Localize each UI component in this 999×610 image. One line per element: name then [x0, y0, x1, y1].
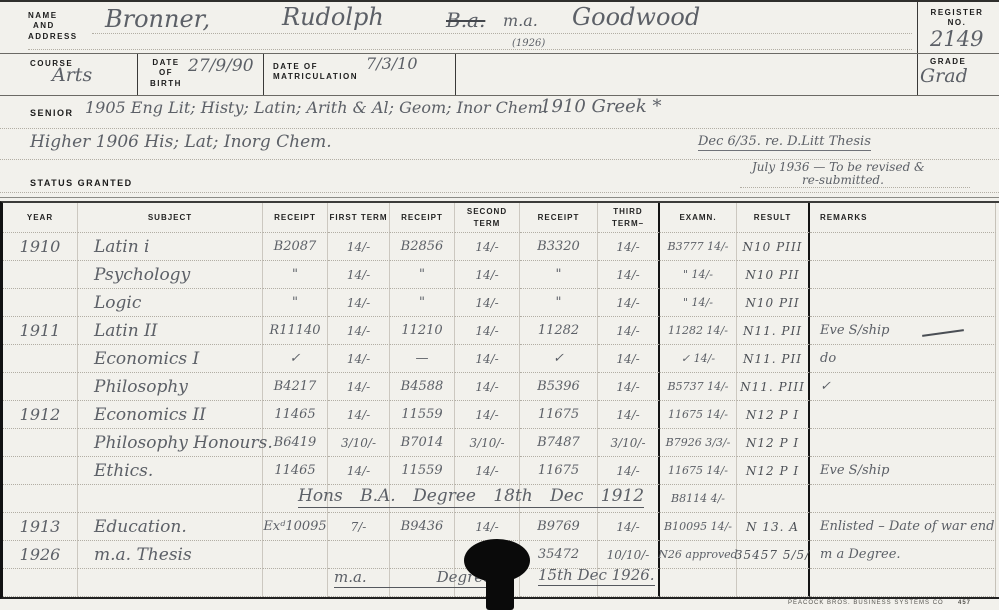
cell-third-term: 14/- [598, 457, 660, 485]
cell-third-term: 14/- [598, 513, 660, 541]
cell-first-term: 14/- [328, 261, 390, 289]
cell-year [3, 261, 78, 289]
course-value: Arts [52, 66, 92, 85]
cell-first-term [328, 541, 390, 569]
cell-year: 1926 [3, 541, 78, 569]
cell-third-term: 14/- [598, 317, 660, 345]
table-row: Logic " 14/- " 14/- " 14/- " 14/- N10 PI… [3, 289, 999, 317]
cell-year: 1912 [3, 401, 78, 429]
name-address-label: Name and Address [28, 11, 78, 42]
col-header-subject: Subject [78, 203, 263, 233]
cell-receipt3: B7487 [520, 429, 598, 457]
cell-second-term: 14/- [455, 261, 520, 289]
matric-label-line1: Date of [273, 62, 358, 72]
cell-receipt1 [263, 541, 328, 569]
col-header-remarks: Remarks [810, 203, 996, 233]
table-row: 1913 Education. Exᵈ10095 7/- B9436 14/- … [3, 513, 999, 541]
cell-first-term: 14/- [328, 401, 390, 429]
cell-receipt1: Exᵈ10095 [263, 513, 328, 541]
cell-year: 1913 [3, 513, 78, 541]
ma-degree-note: m.a. Degree [334, 570, 492, 588]
cell-receipt1 [263, 569, 328, 597]
cell-receipt2: " [390, 261, 455, 289]
grade-box-divider [917, 54, 918, 95]
cell-remarks [810, 261, 996, 289]
cell-year [3, 485, 78, 513]
table-row: Psychology " 14/- " 14/- " 14/- " 14/- N… [3, 261, 999, 289]
ma-degree-date: 15th Dec 1926. [538, 568, 655, 586]
cell-year [3, 457, 78, 485]
matriculation-value: 7/3/10 [366, 56, 418, 72]
cell-third-term: 14/- [598, 233, 660, 261]
cell-second-term: 14/- [455, 317, 520, 345]
cell-subject: Philosophy [78, 373, 263, 401]
cell-year: 1910 [3, 233, 78, 261]
cell-second-term: 14/- [455, 457, 520, 485]
cell-receipt2: 11559 [390, 457, 455, 485]
dotted-rule [0, 192, 999, 193]
cell-first-term: 14/- [328, 373, 390, 401]
printer-imprint: Peacock Bros. Business Systems Co [788, 600, 944, 606]
cell-remarks: Enlisted – Date of war end [810, 513, 996, 541]
student-record-card: Name and Address Bronner, Rudolph B.a. m… [0, 0, 999, 610]
column-divider [263, 54, 264, 95]
cell-remarks: ✓ [810, 373, 996, 401]
table-header-row: Year Subject Receipt First Term Receipt … [3, 203, 999, 233]
name-degree-struck: B.a. [446, 10, 485, 30]
cell-receipt3: B9769 [520, 513, 598, 541]
cell-result [737, 485, 810, 513]
dotted-rule [0, 128, 999, 129]
dlit-revision-note: July 1936 — To be revised & [752, 161, 925, 173]
cell-subject [78, 569, 263, 597]
col-header-examn: Examn. [660, 203, 737, 233]
hons-ba-degree-note: Hons B.A. Degree 18th Dec 1912 [298, 488, 644, 508]
cell-result: N12 P I [737, 429, 810, 457]
dotted-rule [92, 33, 912, 34]
col-header-receipt2: Receipt [390, 203, 455, 233]
dob-value: 27/9/90 [188, 58, 254, 75]
cell-remarks: do [810, 345, 996, 373]
cell-result: N10 PII [737, 289, 810, 317]
col-header-result: Result [737, 203, 810, 233]
cell-receipt1: ✓ [263, 345, 328, 373]
name-given: Rudolph [282, 5, 384, 29]
cell-remarks: Eve S/ship [810, 457, 996, 485]
table-row: 1910 Latin i B2087 14/- B2856 14/- B3320… [3, 233, 999, 261]
cell-examn [660, 569, 737, 597]
cell-remarks [810, 429, 996, 457]
cell-year: 1911 [3, 317, 78, 345]
matriculation-label: Date of Matriculation [273, 62, 358, 83]
cell-second-term: 14/- [455, 373, 520, 401]
cell-third-term: 3/10/- [598, 429, 660, 457]
name-label-line2: and [28, 21, 78, 31]
dlit-thesis-note: Dec 6/35. re. D.Litt Thesis [698, 135, 871, 151]
cell-subject [78, 485, 263, 513]
col-header-receipt3: Receipt [520, 203, 598, 233]
section-rule [0, 53, 999, 54]
senior-greek-note: 1910 Greek * [540, 98, 661, 116]
cell-receipt1: 11465 [263, 401, 328, 429]
table-row: 1911 Latin II R11140 14/- 11210 14/- 112… [3, 317, 999, 345]
cell-remarks [810, 401, 996, 429]
cell-third-term: 14/- [598, 373, 660, 401]
cell-subject: m.a. Thesis [78, 541, 263, 569]
cell-remarks [810, 289, 996, 317]
table-row: Economics I ✓ 14/- — 14/- ✓ 14/- ✓ 14/- … [3, 345, 999, 373]
cell-examn: " 14/- [660, 289, 737, 317]
cell-subject: Logic [78, 289, 263, 317]
cell-result: N12 P I [737, 457, 810, 485]
cell-second-term: 14/- [455, 289, 520, 317]
table-row: Ethics. 11465 14/- 11559 14/- 11675 14/-… [3, 457, 999, 485]
cell-result: N11. PII [737, 317, 810, 345]
cell-examn: B10095 14/- [660, 513, 737, 541]
cell-second-term: 14/- [455, 401, 520, 429]
grade-value: Grad [920, 67, 968, 86]
cell-first-term: 14/- [328, 289, 390, 317]
cell-third-term: 14/- [598, 345, 660, 373]
cell-subject: Education. [78, 513, 263, 541]
cell-first-term: 14/- [328, 457, 390, 485]
cell-subject: Psychology [78, 261, 263, 289]
name-label-line3: Address [28, 32, 78, 42]
cell-subject: Ethics. [78, 457, 263, 485]
cell-receipt2: — [390, 345, 455, 373]
table-row: 1912 Economics II 11465 14/- 11559 14/- … [3, 401, 999, 429]
cell-receipt3: B3320 [520, 233, 598, 261]
cell-examn: 11675 14/- [660, 457, 737, 485]
cell-year [3, 569, 78, 597]
cell-receipt1: 11465 [263, 457, 328, 485]
senior-label: Senior [30, 108, 74, 120]
cell-examn: 11282 14/- [660, 317, 737, 345]
col-header-receipt1: Receipt [263, 203, 328, 233]
cell-third-term: 14/- [598, 289, 660, 317]
table-row: Philosophy B4217 14/- B4588 14/- B5396 1… [3, 373, 999, 401]
cell-result [737, 569, 810, 597]
dob-label: Date of Birth [146, 58, 186, 89]
cell-second-term: 14/- [455, 345, 520, 373]
cell-receipt1: B2087 [263, 233, 328, 261]
cell-receipt3: 11675 [520, 457, 598, 485]
name-label-line1: Name [28, 11, 78, 21]
cell-receipt3: 11282 [520, 317, 598, 345]
cell-receipt2: 11210 [390, 317, 455, 345]
dotted-rule [28, 49, 912, 50]
table-top-rule [0, 197, 999, 198]
cell-receipt1: " [263, 289, 328, 317]
cell-second-term: 14/- [455, 513, 520, 541]
cell-receipt2: 11559 [390, 401, 455, 429]
cell-examn: 11675 14/- [660, 401, 737, 429]
status-granted-label: Status Granted [30, 178, 133, 190]
cell-third-term: 14/- [598, 261, 660, 289]
cell-receipt3: B5396 [520, 373, 598, 401]
cell-receipt1: B4217 [263, 373, 328, 401]
table-row: Philosophy Honours. B6419 3/10/- B7014 3… [3, 429, 999, 457]
ink-blot-stem [486, 565, 514, 610]
cell-second-term: 14/- [455, 233, 520, 261]
dob-label-line2: of [146, 68, 186, 78]
cell-first-term: 14/- [328, 317, 390, 345]
cell-first-term: 14/- [328, 345, 390, 373]
cell-result: N12 P I [737, 401, 810, 429]
cell-receipt2: B4588 [390, 373, 455, 401]
cell-receipt3: 35472 [520, 541, 598, 569]
cell-examn: B7926 3/3/- [660, 429, 737, 457]
cell-receipt2 [390, 541, 455, 569]
col-header-year: Year [3, 203, 78, 233]
form-number: 457 [958, 600, 971, 606]
cell-first-term: 3/10/- [328, 429, 390, 457]
name-degree-year-note: (1926) [512, 39, 545, 49]
cell-year [3, 289, 78, 317]
cell-second-term: 3/10/- [455, 429, 520, 457]
cell-receipt3: 11675 [520, 401, 598, 429]
cell-first-term: 14/- [328, 233, 390, 261]
cell-receipt3: " [520, 261, 598, 289]
section-rule [0, 95, 999, 96]
name-place: Goodwood [572, 5, 700, 29]
col-header-first-term: First Term [328, 203, 390, 233]
cell-result: N10 PIII [737, 233, 810, 261]
cell-result: N11. PIII [737, 373, 810, 401]
cell-year [3, 345, 78, 373]
cell-remarks [810, 485, 996, 513]
cell-year [3, 373, 78, 401]
cell-year [3, 429, 78, 457]
cell-result: 35457 5/5/ [737, 541, 810, 569]
cell-result: N10 PII [737, 261, 810, 289]
cell-remarks: m a Degree. [810, 541, 996, 569]
cell-subject: Economics II [78, 401, 263, 429]
cell-remarks [810, 233, 996, 261]
higher-subjects: Higher 1906 His; Lat; Inorg Chem. [30, 134, 332, 151]
cell-receipt2: B7014 [390, 429, 455, 457]
cell-third-term: 10/10/- [598, 541, 660, 569]
cell-receipt3: ✓ [520, 345, 598, 373]
cell-receipt1: " [263, 261, 328, 289]
senior-subjects: 1905 Eng Lit; Histy; Latin; Arith & Al; … [85, 100, 548, 116]
cell-subject: Philosophy Honours. [78, 429, 263, 457]
matric-label-line2: Matriculation [273, 72, 358, 82]
cell-remarks [810, 569, 996, 597]
cell-remarks: Eve S/ship [810, 317, 996, 345]
cell-receipt3: " [520, 289, 598, 317]
cell-examn: B5737 14/- [660, 373, 737, 401]
name-surname: Bronner, [105, 7, 210, 31]
cell-examn: B8114 4/- [660, 485, 737, 513]
column-divider [455, 54, 456, 95]
cell-receipt2: B9436 [390, 513, 455, 541]
cell-receipt2: B2856 [390, 233, 455, 261]
ma-degree-label: m.a. [334, 570, 367, 585]
dob-label-line3: Birth [146, 79, 186, 89]
cell-receipt1: B6419 [263, 429, 328, 457]
dob-label-line1: Date [146, 58, 186, 68]
cell-result: N11. PII [737, 345, 810, 373]
cell-examn: B3777 14/- [660, 233, 737, 261]
cell-examn: N26 approved [660, 541, 737, 569]
register-no-label: Register No. [918, 8, 996, 29]
cell-receipt2: " [390, 289, 455, 317]
col-header-second-term: Second Term [455, 203, 520, 233]
cell-receipt1: R11140 [263, 317, 328, 345]
cell-result: N 13. A [737, 513, 810, 541]
dotted-rule [740, 187, 970, 188]
name-degree-inserted: m.a. [503, 13, 538, 29]
register-label-line1: Register [918, 8, 996, 18]
cell-subject: Economics I [78, 345, 263, 373]
register-no-value: 2149 [930, 29, 983, 50]
cell-first-term: 7/- [328, 513, 390, 541]
cell-examn: " 14/- [660, 261, 737, 289]
cell-third-term: 14/- [598, 401, 660, 429]
cell-examn: ✓ 14/- [660, 345, 737, 373]
cell-subject: Latin i [78, 233, 263, 261]
column-divider [137, 54, 138, 95]
dlit-resubmit-note: re-submitted. [802, 174, 884, 186]
cell-subject: Latin II [78, 317, 263, 345]
col-header-third-term: Third Term– [598, 203, 660, 233]
